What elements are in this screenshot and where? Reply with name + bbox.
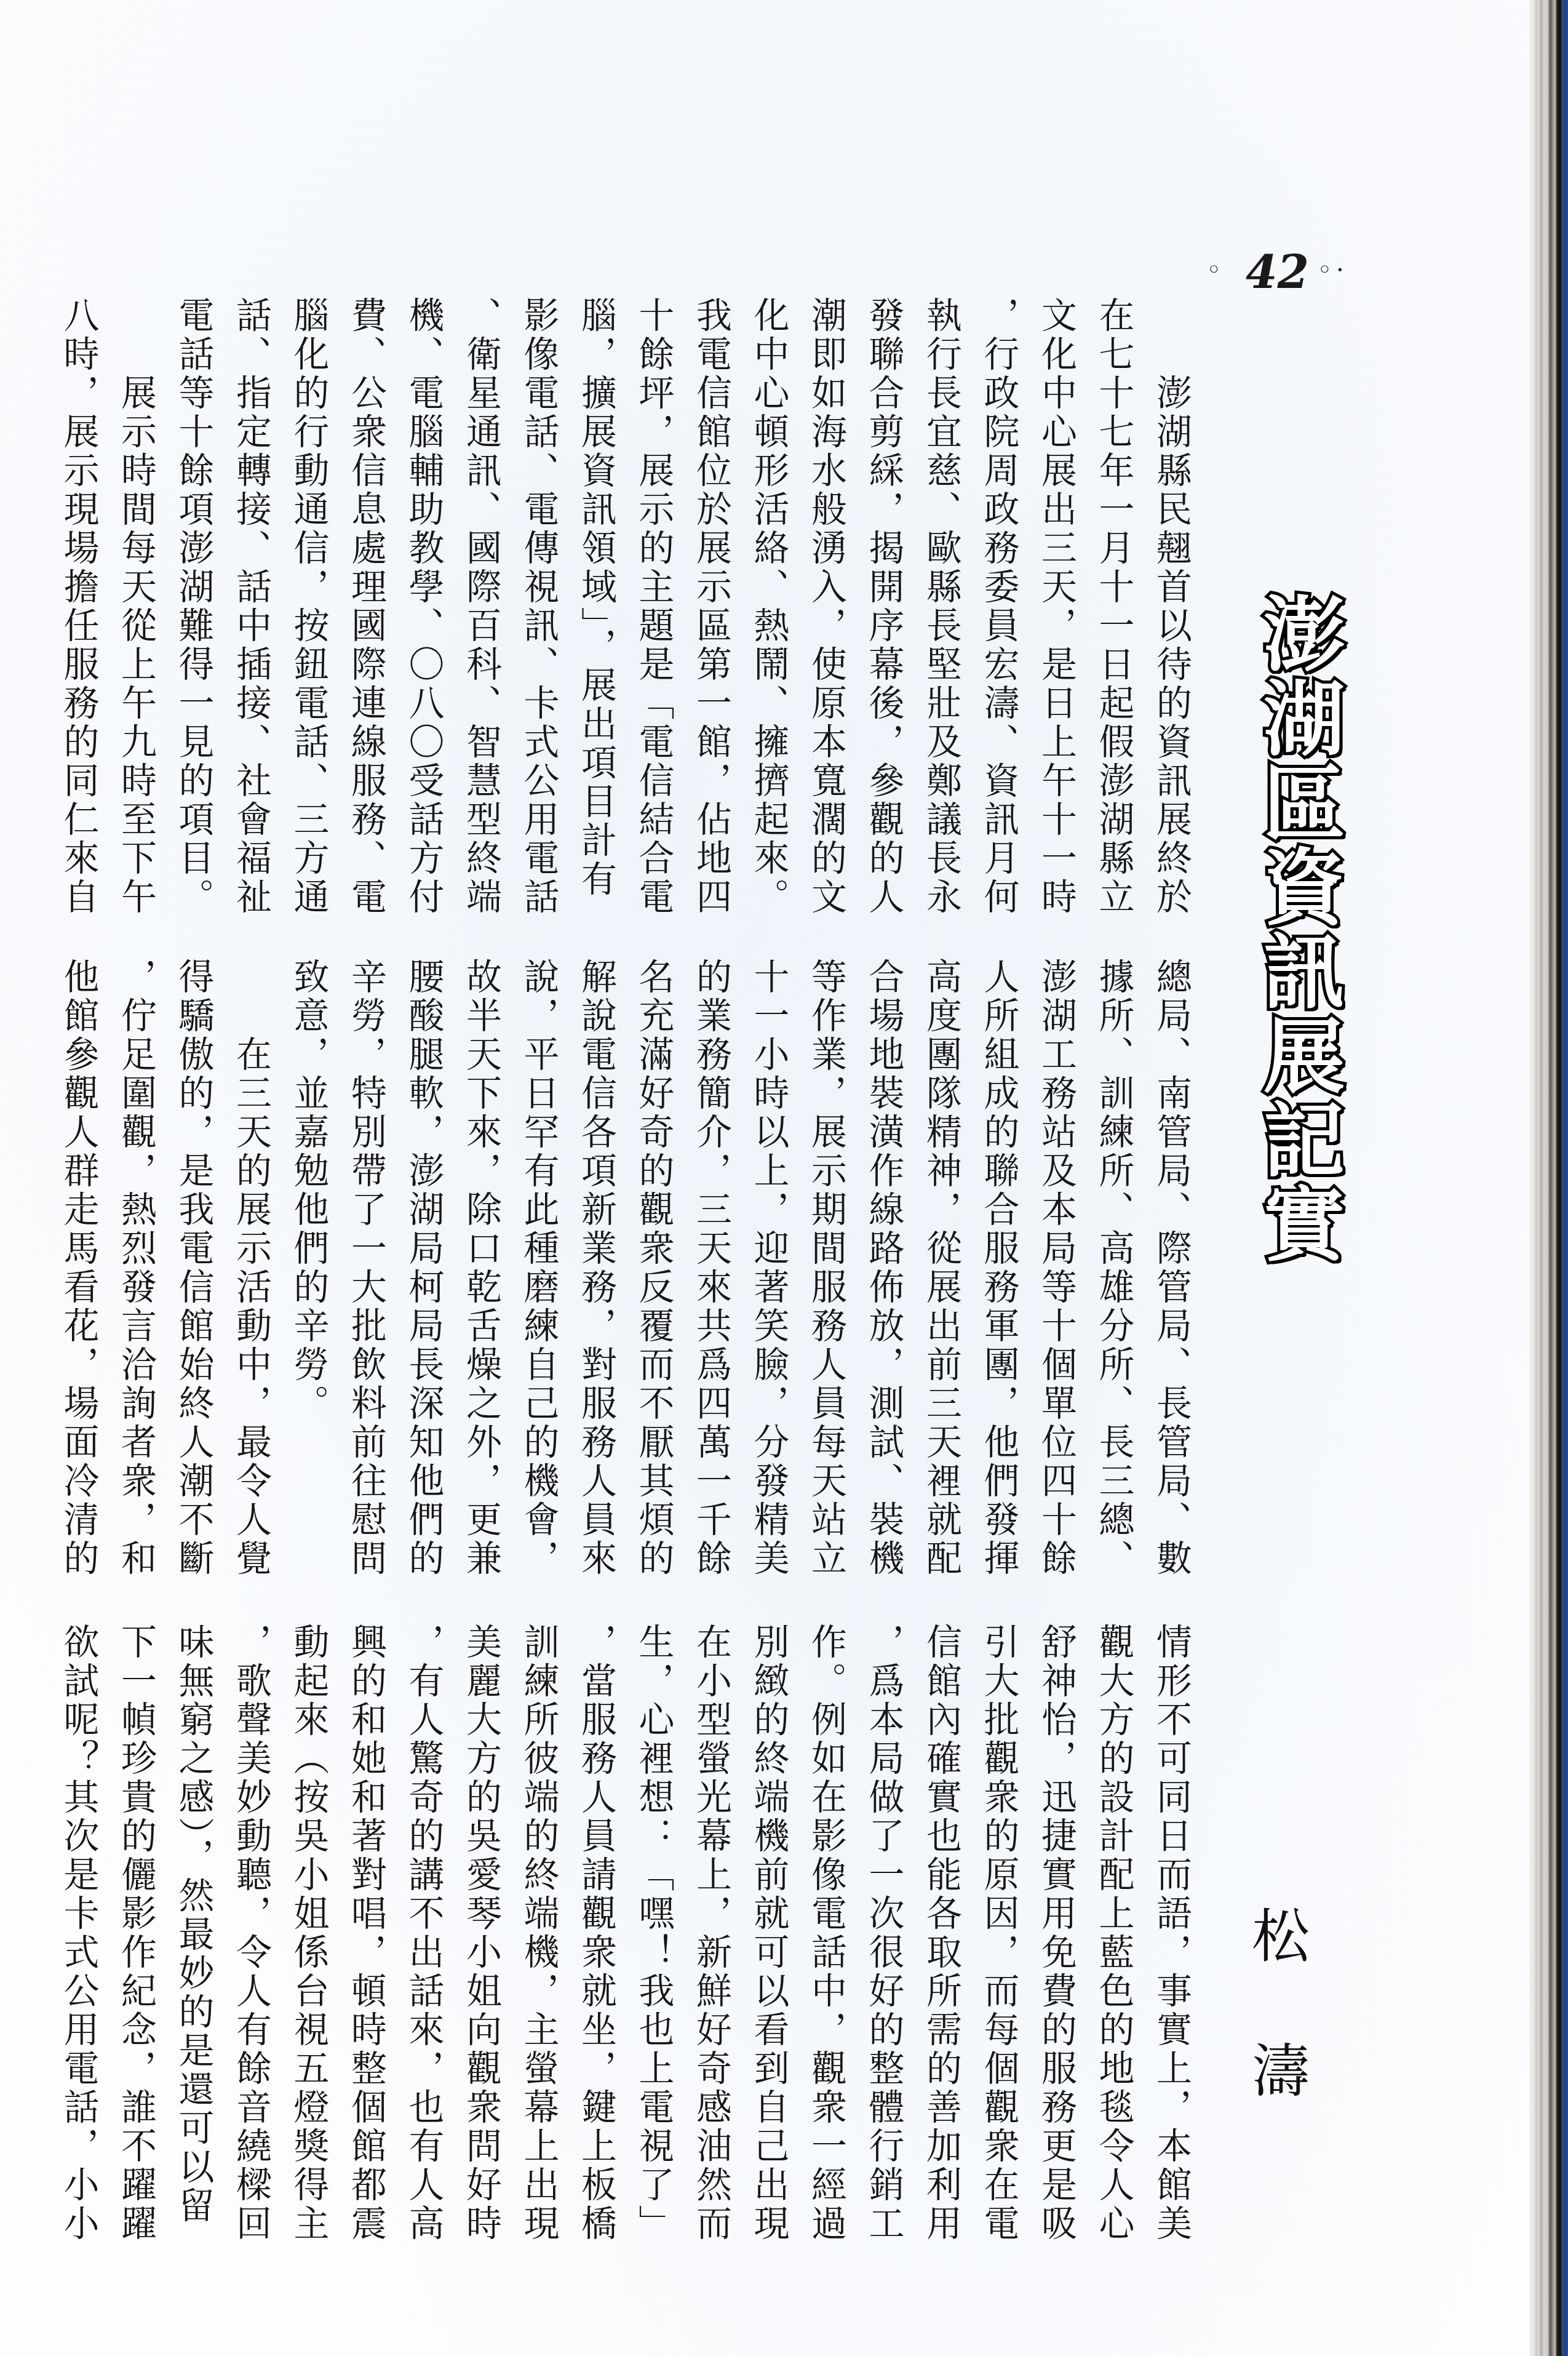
- text-column: 澎湖工務站及本局等十個單位四十餘: [1027, 958, 1085, 1583]
- text-column: 十一小時以上，迎著笑臉，分發精美: [739, 958, 797, 1583]
- text-column: 潮即如海水般湧入，使原本寬濶的文: [797, 297, 855, 921]
- text-column: 合場地裝潢作線路佈放，測試、裝機: [854, 958, 912, 1583]
- text-column: 腦化的行動通信，按鈕電話、三方通: [279, 297, 337, 921]
- text-column: 下一幀珍貴的儷影作紀念，誰不躍躍: [107, 1623, 165, 2248]
- text-column: 說，平日罕有此種磨練自己的機會，: [509, 958, 567, 1583]
- article-body-lower-block: 情形不可同日而語，事實上，本館美 觀大方的設計配上藍色的地毯令人心 舒神怡，迅捷…: [49, 1623, 1200, 2248]
- text-column: 文化中心展出三天，是日上午十一時: [1027, 297, 1085, 921]
- text-column: 興的和她和著對唱，頓時整個館都震: [337, 1623, 395, 2248]
- text-column: 生，心裡想：「嘿！我也上電視了」: [624, 1623, 682, 2248]
- text-column: 舒神怡，迅捷實用免費的服務更是吸: [1027, 1623, 1085, 2248]
- text-column: 情形不可同日而語，事實上，本館美: [1142, 1623, 1200, 2248]
- text-column: 訓練所彼端的終端機，主螢幕上出現: [509, 1623, 567, 2248]
- page-number-value: 42: [1246, 246, 1309, 299]
- text-column: 化中心頓形活絡、熱鬧、擁擠起來。: [739, 297, 797, 921]
- text-column: 動起來（按吳小姐係台視五燈獎得主: [279, 1623, 337, 2248]
- article-title: 澎湖區資訊展記實: [1255, 592, 1339, 1266]
- text-column: 味無窮之感），然最妙的是還可以留: [164, 1623, 222, 2248]
- book-binding-edge: [1529, 0, 1568, 2356]
- text-column: 電話等十餘項澎湖難得一見的項目。: [164, 297, 222, 921]
- text-column: 影像電話、電傳視訊、卡式公用電話: [509, 297, 567, 921]
- text-column: 美麗大方的吳愛琴小姐向觀衆問好時: [452, 1623, 510, 2248]
- text-column: 十餘坪，展示的主題是「電信結合電: [624, 297, 682, 921]
- text-column: 致意，並嘉勉他們的辛勞。: [279, 958, 337, 1583]
- text-column: 發聯合剪綵，揭開序幕後，參觀的人: [854, 297, 912, 921]
- text-column: 機、電腦輔助教學、〇八〇受話方付: [394, 297, 452, 921]
- text-column: 引大批觀衆的原因，而每個觀衆在電: [969, 1623, 1027, 2248]
- text-column: 腰酸腿軟，澎湖局柯局長深知他們的: [394, 958, 452, 1583]
- text-column: 費、公衆信息處理國際連線服務、電: [337, 297, 395, 921]
- text-column: 觀大方的設計配上藍色的地毯令人心: [1084, 1623, 1142, 2248]
- text-column: 在小型螢光幕上，新鮮好奇感油然而: [682, 1623, 740, 2248]
- text-column: ，歌聲美妙動聽，令人有餘音繞樑回: [222, 1623, 280, 2248]
- article-body-middle-block: 總局、南管局、際管局、長管局、數 據所、訓練所、高雄分所、長三總、 澎湖工務站及…: [49, 958, 1200, 1583]
- text-column: 八時，展示現場擔任服務的同仁來自: [49, 297, 107, 921]
- author-name-second-char: 濤: [1250, 2042, 1311, 2103]
- text-column: 得驕傲的，是我電信館始終人潮不斷: [164, 958, 222, 1583]
- text-column: 作。例如在影像電話中，觀衆一經過: [797, 1623, 855, 2248]
- text-column: 等作業，展示期間服務人員每天站立: [797, 958, 855, 1583]
- text-column: ，當服務人員請觀衆就坐，鍵上板橋: [567, 1623, 625, 2248]
- text-column: 信館內確實也能各取所需的善加利用: [912, 1623, 970, 2248]
- text-column: 腦，擴展資訊領域」，展出項目計有: [567, 297, 625, 921]
- text-column: ，行政院周政務委員宏濤、資訊月何: [969, 297, 1027, 921]
- text-column: 澎湖縣民翹首以待的資訊展終於: [1142, 297, 1200, 921]
- page-number-ornament-left: ◦: [1206, 255, 1222, 285]
- text-column: 在七十七年一月十一日起假澎湖縣立: [1084, 297, 1142, 921]
- text-column: 辛勞，特別帶了一大批飲料前往慰問: [337, 958, 395, 1583]
- text-column: 故半天下來，除口乾舌燥之外，更兼: [452, 958, 510, 1583]
- text-column: 欲試呢？其次是卡式公用電話，小小: [49, 1623, 107, 2248]
- author-name-first-char: 松: [1250, 1907, 1311, 1968]
- text-column: ，有人驚奇的講不出話來，也有人高: [394, 1623, 452, 2248]
- article-body-upper-block: 澎湖縣民翹首以待的資訊展終於 在七十七年一月十一日起假澎湖縣立 文化中心展出三天…: [49, 297, 1200, 921]
- text-column: 人所組成的聯合服務軍團，他們發揮: [969, 958, 1027, 1583]
- text-column: ，爲本局做了一次很好的整體行銷工: [854, 1623, 912, 2248]
- text-column: 據所、訓練所、高雄分所、長三總、: [1084, 958, 1142, 1583]
- text-column: 名充滿好奇的觀衆反覆而不厭其煩的: [624, 958, 682, 1583]
- text-column: 在三天的展示活動中，最令人覺: [222, 958, 280, 1583]
- page-number-ornament-right: ◦·: [1317, 255, 1348, 285]
- text-column: 解說電信各項新業務，對服務人員來: [567, 958, 625, 1583]
- text-column: 展示時間每天從上午九時至下午: [107, 297, 165, 921]
- text-column: 的業務簡介，三天來共爲四萬一千餘: [682, 958, 740, 1583]
- text-column: 總局、南管局、際管局、長管局、數: [1142, 958, 1200, 1583]
- text-column: 我電信館位於展示區第一館，佔地四: [682, 297, 740, 921]
- text-column: ，佇足圍觀，熱烈發言洽詢者衆，和: [107, 958, 165, 1583]
- text-column: 話、指定轉接、話中插接、社會福祉: [222, 297, 280, 921]
- text-column: 執行長宜慈、歐縣長堅壯及鄭議長永: [912, 297, 970, 921]
- text-column: 高度團隊精神，從展出前三天裡就配: [912, 958, 970, 1583]
- page-number: ◦ 42 ◦·: [1203, 246, 1363, 301]
- text-column: 他館參觀人群走馬看花，場面冷清的: [49, 958, 107, 1583]
- text-column: 別緻的終端機前就可以看到自己出現: [739, 1623, 797, 2248]
- text-column: 、衛星通訊、國際百科、智慧型終端: [452, 297, 510, 921]
